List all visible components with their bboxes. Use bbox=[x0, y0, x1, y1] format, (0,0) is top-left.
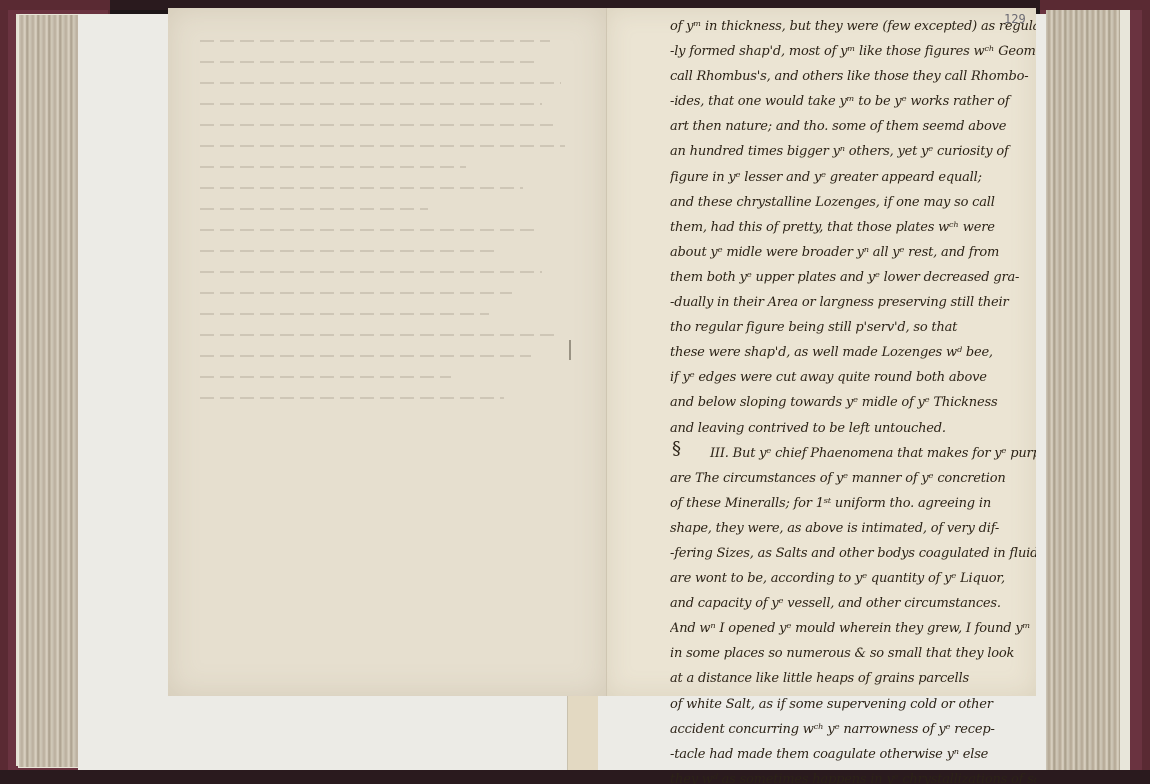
text-line: tho regular figure being still p'serv'd,… bbox=[670, 315, 1036, 340]
text-line: -ides, that one would take yᵐ to be yᵉ w… bbox=[670, 89, 1036, 114]
text-line: about yᵉ midle were broader yⁿ all yᵉ re… bbox=[670, 240, 1036, 265]
text-line: if yᵉ edges were cut away quite round bo… bbox=[670, 365, 1036, 390]
right-endpaper-strip bbox=[1120, 10, 1130, 770]
text-line: accident concurring wᶜʰ yᵉ narrowness of… bbox=[670, 717, 1036, 742]
gutter-strip bbox=[567, 696, 598, 770]
text-line: and capacity of yᵉ vessell, and other ci… bbox=[670, 591, 1036, 616]
text-line: them both yᵉ upper plates and yᵉ lower d… bbox=[670, 265, 1036, 290]
text-line: them, had this of pretty, that those pla… bbox=[670, 215, 1036, 240]
text-line: shape, they were, as above is intimated,… bbox=[670, 516, 1036, 541]
text-line: And wⁿ I opened yᵉ mould wherein they gr… bbox=[670, 616, 1036, 641]
text-line: at a distance like little heaps of grain… bbox=[670, 666, 1036, 691]
text-line: in some places so numerous & so small th… bbox=[670, 641, 1036, 666]
text-line: -fering Sizes, as Salts and other bodys … bbox=[670, 541, 1036, 566]
text-line: art then nature; and tho. some of them s… bbox=[670, 114, 1036, 139]
bleed-through-text bbox=[200, 40, 580, 400]
text-line: -ly formed shap'd, most of yᵐ like those… bbox=[670, 39, 1036, 64]
text-line: -dually in their Area or largness preser… bbox=[670, 290, 1036, 315]
text-line: and leaving contrived to be left untouch… bbox=[670, 416, 1036, 441]
text-line: and these chrystalline Lozenges, if one … bbox=[670, 190, 1036, 215]
text-line: are wont to be, according to yᵉ quantity… bbox=[670, 566, 1036, 591]
text-line: they wᵈ as sometimes happens in yᵉ chrys… bbox=[670, 767, 1036, 784]
binding-stitch bbox=[569, 340, 571, 360]
manuscript-text: of yᵐ in thickness, but they were (few e… bbox=[670, 14, 1036, 784]
text-line: III. But yᵉ chief Phaenomena that makes … bbox=[670, 441, 1036, 466]
text-line: these were shap'd, as well made Lozenges… bbox=[670, 340, 1036, 365]
text-line: and below sloping towards yᵉ midle of yᵉ… bbox=[670, 390, 1036, 415]
text-line: call Rhombus's, and others like those th… bbox=[670, 64, 1036, 89]
text-line: of these Mineralls; for 1ˢᵗ uniform tho.… bbox=[670, 491, 1036, 516]
page-fold bbox=[606, 8, 607, 696]
text-line: figure in yᵉ lesser and yᵉ greater appea… bbox=[670, 165, 1036, 190]
text-line: -tacle had made them coagulate otherwise… bbox=[670, 742, 1036, 767]
right-page-block-edges bbox=[1046, 10, 1126, 770]
text-line: an hundred times bigger yⁿ others, yet y… bbox=[670, 139, 1036, 164]
left-page-block-edges bbox=[18, 14, 80, 768]
text-line: of white Salt, as if some supervening co… bbox=[670, 692, 1036, 717]
text-line: of yᵐ in thickness, but they were (few e… bbox=[670, 14, 1036, 39]
text-line: are The circumstances of yᵉ manner of yᵉ… bbox=[670, 466, 1036, 491]
